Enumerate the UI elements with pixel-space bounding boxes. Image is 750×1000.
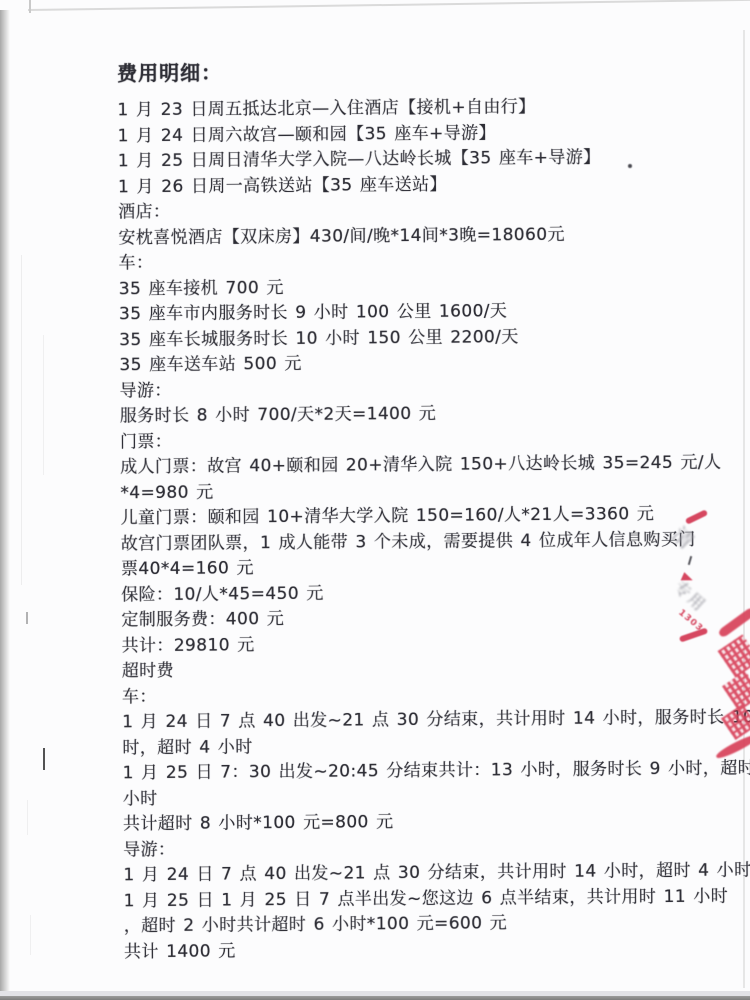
overtime-guide-line: 1 月 24 日 7 点 40 出发~21 点 30 分结束，共计用时 14 小… [123, 859, 723, 889]
page-right-edge-line [743, 30, 745, 988]
red-ink-stamp [712, 610, 750, 762]
overtime-guide-line: 1 月 25 日 1 月 25 日 7 点半出发~您这边 6 点半结束，共计用时… [124, 884, 724, 914]
overtime-car-line: 1 月 25 日 7：30 出发~20:45 分结束共计：13 小时，服务时长 … [123, 757, 723, 787]
scanned-page: 费用明细： 1 月 23 日周五抵达北京—入住酒店【接机+自由行】 1 月 24… [0, 0, 750, 1000]
stamp-stroke [688, 556, 692, 565]
overtime-car-line: 1 月 24 日 7 点 40 出发~21 点 30 分结束，共计用时 14 小… [122, 706, 722, 736]
stamp-character-block [721, 704, 750, 740]
paper-fold-line [21, 255, 22, 585]
ticket-cost-line: 儿童门票：颐和园 10+清华大学入院 150=160/人*21人=3360 元 [121, 502, 721, 532]
document-heading: 费用明细： [117, 56, 717, 87]
page-top-edge-notch [29, 0, 31, 13]
stamp-arc [717, 607, 750, 639]
overtime-guide-total-line: 共计 1400 元 [124, 935, 724, 965]
document-content: 费用明细： 1 月 23 日周五抵达北京—入住酒店【接机+自由行】 1 月 24… [117, 56, 724, 966]
paper-fold-line [43, 335, 44, 475]
stamp-ghost-character: 专用 [670, 575, 712, 616]
ticket-cost-line: 故宫门票团队票，1 成人能带 3 个未成，需要提供 4 位成年人信息购买门 [121, 527, 721, 557]
page-top-edge-line [28, 0, 750, 11]
ticket-cost-line: 成人门票：故宫 40+颐和园 20+清华入院 150+八达岭长城 35=245 … [120, 451, 720, 481]
page-bottom-edge-dark [0, 996, 750, 1000]
stamp-character-block [722, 671, 750, 712]
page-left-edge-shadow [0, 10, 10, 992]
stamp-ghost-character: 清 [667, 519, 701, 554]
scan-mark [43, 748, 45, 770]
paper-fold-line [30, 915, 31, 955]
paper-fold-line [27, 800, 28, 835]
scan-mark [26, 612, 28, 624]
